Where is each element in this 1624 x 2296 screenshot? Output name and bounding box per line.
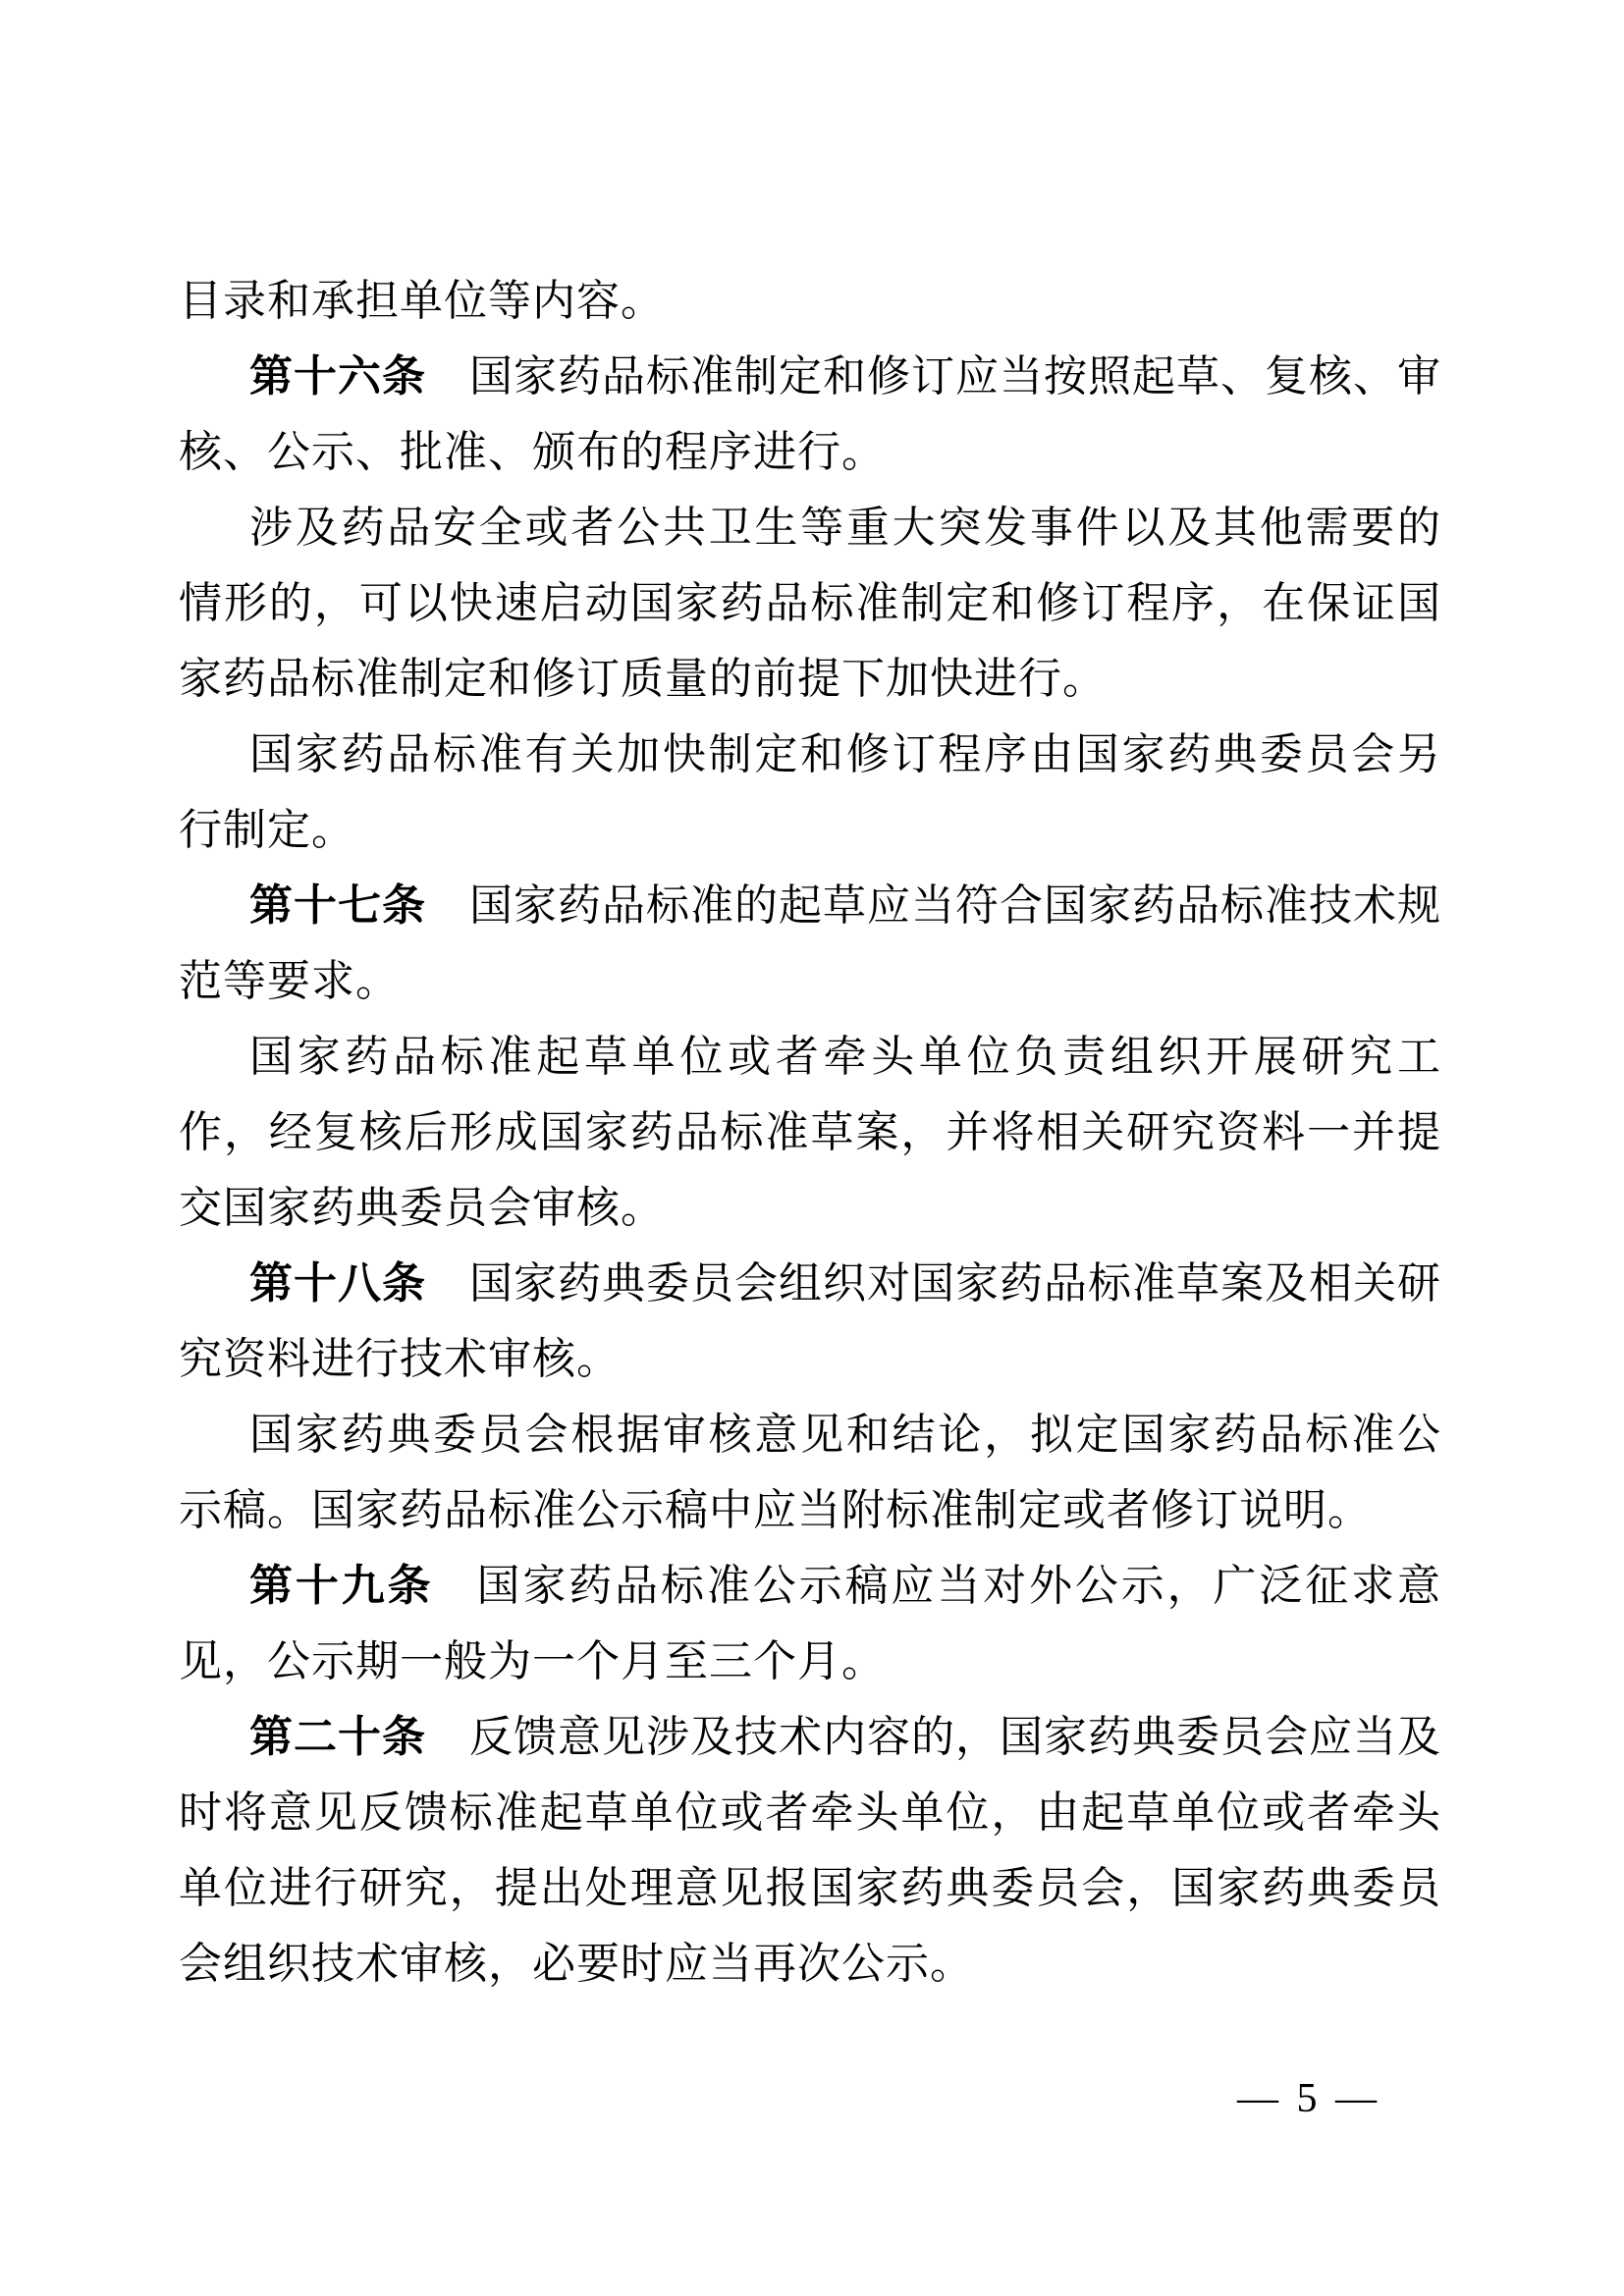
paragraph: 第十七条国家药品标准的起草应当符合国家药品标准技术规范等要求。 — [179, 868, 1441, 1019]
paragraph: 国家药典委员会根据审核意见和结论，拟定国家药品标准公示稿。国家药品标准公示稿中应… — [179, 1397, 1441, 1548]
paragraph-text: 目录和承担单位等内容。 — [179, 277, 665, 325]
article-number: 第十六条 — [249, 352, 426, 400]
paragraph: 国家药品标准有关加快制定和修订程序由国家药典委员会另行制定。 — [179, 717, 1441, 868]
document-body: 目录和承担单位等内容。第十六条国家药品标准制定和修订应当按照起草、复核、审核、公… — [179, 263, 1441, 2002]
paragraph: 第十九条国家药品标准公示稿应当对外公示，广泛征求意见，公示期一般为一个月至三个月… — [179, 1548, 1441, 1699]
paragraph-text: 国家药品标准起草单位或者牵头单位负责组织开展研究工作，经复核后形成国家药品标准草… — [179, 1033, 1441, 1232]
article-number: 第二十条 — [249, 1713, 426, 1761]
paragraph-text: 涉及药品安全或者公共卫生等重大突发事件以及其他需要的情形的，可以快速启动国家药品… — [179, 504, 1441, 703]
page-number: — 5 — — [1237, 2076, 1380, 2121]
paragraph-text: 国家药典委员会根据审核意见和结论，拟定国家药品标准公示稿。国家药品标准公示稿中应… — [179, 1411, 1441, 1534]
article-number: 第十八条 — [249, 1259, 426, 1308]
paragraph: 目录和承担单位等内容。 — [179, 263, 1441, 339]
article-number: 第十九条 — [249, 1562, 434, 1610]
paragraph: 第十八条国家药典委员会组织对国家药品标准草案及相关研究资料进行技术审核。 — [179, 1246, 1441, 1397]
paragraph: 国家药品标准起草单位或者牵头单位负责组织开展研究工作，经复核后形成国家药品标准草… — [179, 1019, 1441, 1246]
paragraph: 第二十条反馈意见涉及技术内容的，国家药典委员会应当及时将意见反馈标准起草单位或者… — [179, 1699, 1441, 2002]
page-footer: — 5 — — [1237, 2069, 1380, 2128]
paragraph-text: 国家药品标准有关加快制定和修订程序由国家药典委员会另行制定。 — [179, 730, 1441, 854]
paragraph: 第十六条国家药品标准制定和修订应当按照起草、复核、审核、公示、批准、颁布的程序进… — [179, 339, 1441, 490]
paragraph: 涉及药品安全或者公共卫生等重大突发事件以及其他需要的情形的，可以快速启动国家药品… — [179, 490, 1441, 717]
article-number: 第十七条 — [249, 881, 426, 930]
document-page: 目录和承担单位等内容。第十六条国家药品标准制定和修订应当按照起草、复核、审核、公… — [0, 0, 1624, 2296]
